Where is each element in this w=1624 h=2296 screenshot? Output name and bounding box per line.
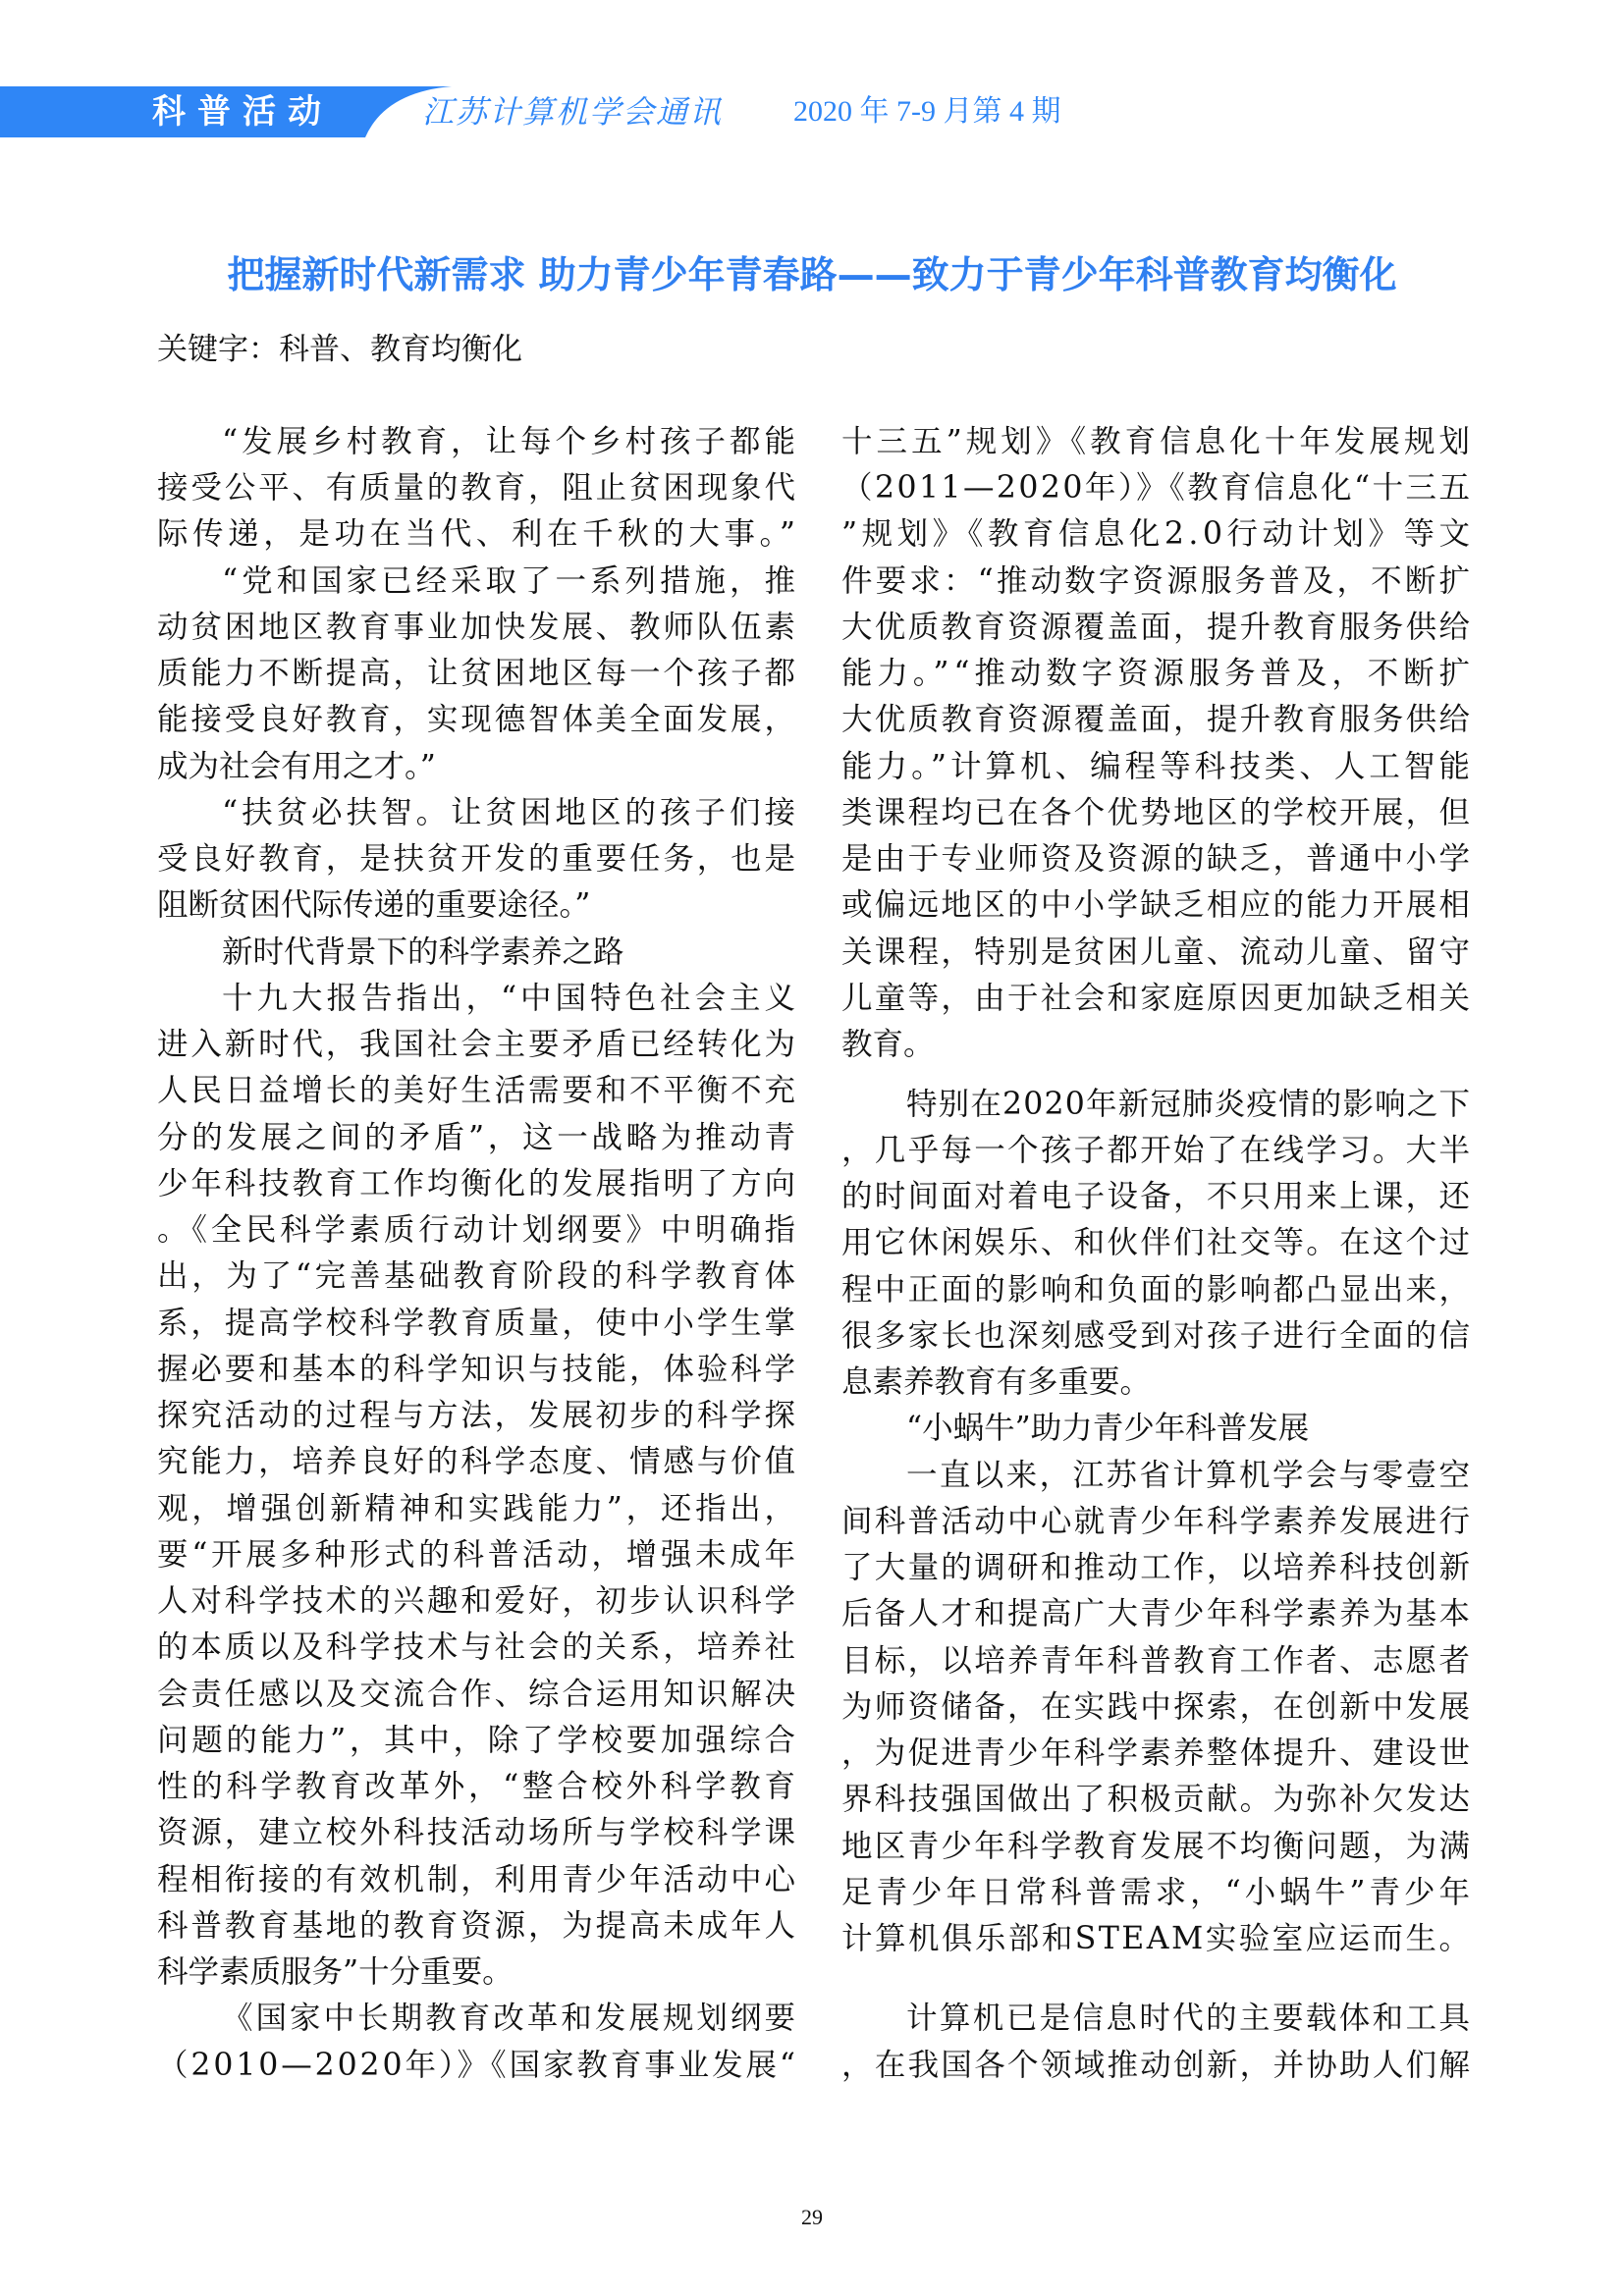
text-line: 息素养教育有多重要。 — [841, 1362, 1151, 1402]
text-line: 间科普活动中心就青少年科学素养发展进行 — [841, 1502, 1472, 1541]
text-line: 用它休闲娱乐、和伙伴们社交等。在这个过 — [841, 1223, 1472, 1262]
text-line: 足青少年日常科普需求，“小蜗牛”青少年 — [841, 1873, 1474, 1912]
text-line: 进入新时代，我国社会主要矛盾已经转化为 — [157, 1025, 798, 1064]
text-line: 。《全民科学素质行动计划纲要》中明确指 — [157, 1210, 799, 1250]
text-line: 资源，建立校外科技活动场所与学校科学课 — [157, 1813, 798, 1852]
text-line: 新时代背景下的科学素养之路 — [157, 933, 624, 972]
text-line: 教育。 — [841, 1025, 935, 1064]
page-number: 29 — [0, 2205, 1624, 2230]
text-line: 成为社会有用之才。” — [157, 747, 436, 786]
text-line: ，为促进青少年科学素养整体提升、建设世 — [841, 1734, 1472, 1773]
text-line: （2011—2020年）》《教育信息化“十三五 — [841, 468, 1472, 507]
text-line: 要“开展多种形式的科普活动，增强未成年 — [157, 1535, 799, 1575]
issue-info: 2020 年 7-9 月第 4 期 — [793, 90, 1061, 133]
text-line: 科普教育基地的教育资源，为提高未成年人 — [157, 1906, 798, 1946]
text-line: 出，为了“完善基础教育阶段的科学教育体 — [157, 1256, 799, 1296]
text-line: ，在我国各个领域推动创新，并协助人们解 — [841, 2046, 1472, 2085]
text-line: 地区青少年科学教育发展不均衡问题，为满 — [841, 1827, 1472, 1866]
text-line: 分的发展之间的矛盾”，这一战略为推动青 — [157, 1118, 799, 1157]
text-line: 动贫困地区教育事业加快发展、教师队伍素 — [157, 608, 798, 647]
text-line: 观，增强创新精神和实践能力”，还指出， — [157, 1489, 799, 1528]
text-line: 界科技强国做出了积极贡献。为弥补欠发达 — [841, 1780, 1472, 1819]
text-line: 类课程均已在各个优势地区的学校开展，但 — [841, 793, 1472, 832]
text-line: ，几乎每一个孩子都开始了在线学习。大半 — [841, 1131, 1472, 1170]
text-line: 目标，以培养青年科普教育工作者、志愿者 — [841, 1641, 1472, 1681]
text-line: 一直以来，江苏省计算机学会与零壹空 — [841, 1456, 1472, 1495]
text-line: 大优质教育资源覆盖面，提升教育服务供给 — [841, 608, 1472, 647]
text-line: 件要求：“推动数字资源服务普及，不断扩 — [841, 561, 1473, 601]
text-line: 的时间面对着电子设备，不只用来上课，还 — [841, 1177, 1472, 1216]
text-line: 际传递，是功在当代、利在千秋的大事。” — [157, 514, 800, 554]
article-title: 把握新时代新需求 助力青少年青春路——致力于青少年科普教育均衡化 — [0, 249, 1624, 300]
text-line: 接受公平、有质量的教育，阻止贫困现象代 — [157, 468, 798, 507]
text-line: 计算机已是信息时代的主要载体和工具 — [841, 1999, 1472, 2038]
text-line: 人民日益增长的美好生活需要和不平衡不充 — [157, 1071, 798, 1110]
journal-name: 江苏计算机学会通讯 — [422, 90, 723, 133]
text-line: 会责任感以及交流合作、综合运用知识解决 — [157, 1675, 798, 1714]
text-line: 探究活动的过程与方法，发展初步的科学探 — [157, 1396, 798, 1435]
text-line: 或偏远地区的中小学缺乏相应的能力开展相 — [841, 885, 1472, 925]
text-line: “小蜗牛”助力青少年科普发展 — [841, 1409, 1309, 1448]
text-line: （2010—2020年）》《国家教育事业发展“ — [157, 2046, 798, 2085]
text-line: 特别在2020年新冠肺炎疫情的影响之下 — [841, 1085, 1471, 1124]
section-label: 科普活动 — [152, 87, 333, 136]
text-line: 的本质以及科学技术与社会的关系，培养社 — [157, 1628, 798, 1667]
text-line: 是由于专业师资及资源的缺乏，普通中小学 — [841, 839, 1472, 879]
text-line: 十三五”规划》《教育信息化十年发展规划 — [841, 422, 1474, 461]
keywords: 关键字：科普、教育均衡化 — [157, 328, 522, 371]
text-line: 后备人才和提高广大青少年科学素养为基本 — [841, 1594, 1472, 1633]
text-line: 受良好教育，是扶贫开发的重要任务，也是 — [157, 839, 798, 879]
text-line: 质能力不断提高，让贫困地区每一个孩子都 — [157, 654, 798, 693]
text-line: 人对科学技术的兴趣和爱好，初步认识科学 — [157, 1581, 798, 1621]
text-line: 了大量的调研和推动工作，以培养科技创新 — [841, 1548, 1472, 1587]
text-line: 《国家中长期教育改革和发展规划纲要 — [157, 1999, 798, 2038]
text-line: ”规划》《教育信息化2.0行动计划》等文 — [841, 514, 1475, 554]
text-line: 能接受良好教育，实现德智体美全面发展， — [157, 700, 798, 739]
text-line: 大优质教育资源覆盖面，提升教育服务供给 — [841, 700, 1472, 739]
text-line: “扶贫必扶智。让贫困地区的孩子们接 — [157, 793, 799, 832]
text-line: “发展乡村教育，让每个乡村孩子都能 — [157, 422, 799, 461]
text-line: 能力。”计算机、编程等科技类、人工智能 — [841, 747, 1474, 786]
text-line: 为师资储备，在实践中探索，在创新中发展 — [841, 1687, 1472, 1727]
text-line: 十九大报告指出，“中国特色社会主义 — [157, 979, 799, 1018]
text-line: 阻断贫困代际传递的重要途径。” — [157, 885, 590, 925]
text-line: 程中正面的影响和负面的影响都凸显出来， — [841, 1270, 1472, 1309]
text-line: 程相衔接的有效机制，利用青少年活动中心 — [157, 1860, 798, 1899]
text-line: 性的科学教育改革外，“整合校外科学教育 — [157, 1767, 799, 1806]
text-line: 握必要和基本的科学知识与技能，体验科学 — [157, 1350, 798, 1389]
text-line: 少年科技教育工作均衡化的发展指明了方向 — [157, 1164, 798, 1203]
text-line: 问题的能力”，其中，除了学校要加强综合 — [157, 1721, 799, 1760]
text-line: 能力。”“推动数字资源服务普及，不断扩 — [841, 654, 1475, 693]
text-line: 儿童等，由于社会和家庭原因更加缺乏相关 — [841, 979, 1472, 1018]
text-line: 究能力，培养良好的科学态度、情感与价值 — [157, 1442, 798, 1481]
text-line: 很多家长也深刻感受到对孩子进行全面的信 — [841, 1316, 1472, 1356]
text-line: 计算机俱乐部和STEAM实验室应运而生。 — [841, 1919, 1472, 1958]
text-line: “党和国家已经采取了一系列措施，推 — [157, 561, 799, 601]
text-line: 科学素质服务”十分重要。 — [157, 1952, 514, 1992]
text-line: 系，提高学校科学教育质量，使中小学生掌 — [157, 1304, 798, 1343]
text-line: 关课程，特别是贫困儿童、流动儿童、留守 — [841, 933, 1472, 972]
